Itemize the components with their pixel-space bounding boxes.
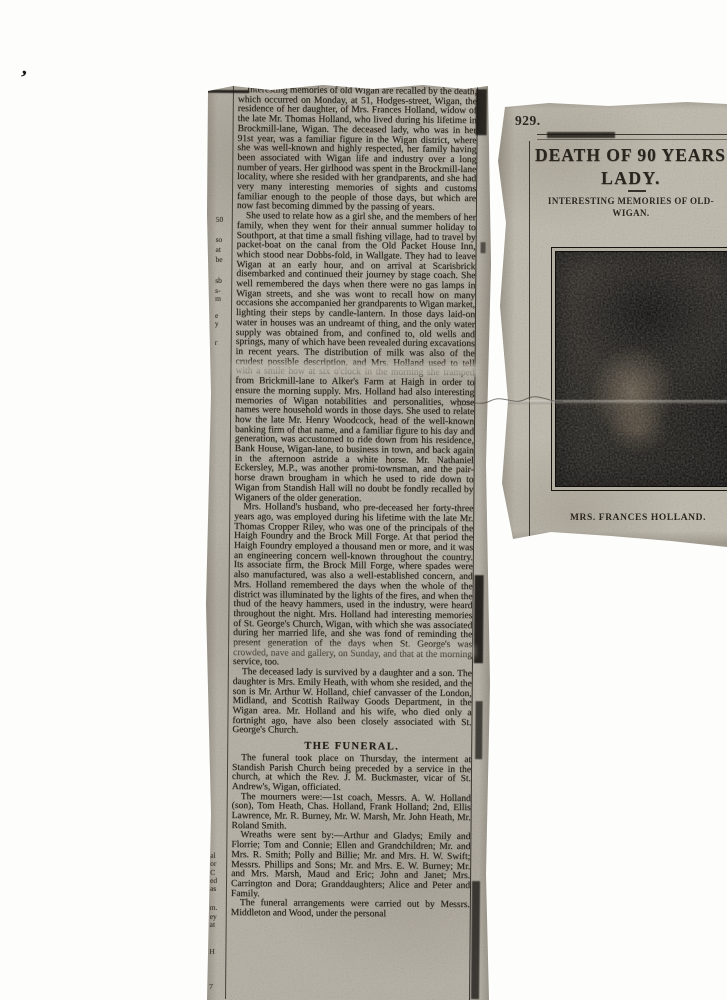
column-rule <box>529 141 530 539</box>
article-paragraph: The funeral arrangements were carried ou… <box>231 899 470 920</box>
photo-caption: MRS. FRANCES HOLLAND. <box>547 513 727 523</box>
article-column: Interesting memories of old Wigan are re… <box>231 86 477 921</box>
edge-fragment: at <box>210 921 226 929</box>
rule-ink-smudge <box>547 132 615 138</box>
subheading-line2: WIGAN. <box>533 208 727 218</box>
subheading-line1: INTERESTING MEMORIES OF OLD- <box>533 196 727 206</box>
date-fragment: 929. <box>515 113 541 129</box>
article-paragraph: Interesting memories of old Wigan are re… <box>237 86 477 214</box>
right-edge-ink-bar <box>474 575 484 663</box>
edge-fragment: H <box>209 948 225 956</box>
halftone-texture <box>556 252 727 486</box>
edge-fragment: or <box>210 860 226 868</box>
main-newspaper-strip: 50 so at be sb s- m e y r al or C ed as … <box>205 84 491 1000</box>
edge-fragment: sb <box>215 277 231 285</box>
stray-ink-mark: , <box>20 55 31 81</box>
crease-squiggle <box>450 389 565 413</box>
edge-fragment: m. <box>210 904 226 912</box>
edge-fragment: be <box>215 256 231 264</box>
article-paragraph: The funeral took place on Thursday, the … <box>232 754 471 795</box>
right-edge-ink-dash <box>481 242 486 253</box>
edge-fragment: 7 <box>209 983 225 991</box>
portrait-photo <box>555 251 727 487</box>
main-strip-content: 50 so at be sb s- m e y r al or C ed as … <box>197 83 491 1000</box>
edge-fragment: as <box>210 885 226 893</box>
headline-divider <box>628 190 646 192</box>
edge-fragment: at <box>216 246 232 254</box>
headline-clipping: 929. DEATH OF 90 YEARS O LADY. INTERESTI… <box>489 101 727 547</box>
portrait-photo-frame <box>551 247 727 491</box>
headline-line2: LADY. <box>535 168 727 189</box>
edge-fragment: so <box>216 236 232 244</box>
funeral-section-heading: THE FUNERAL. <box>232 741 471 753</box>
article-paragraph: The deceased lady is survived by a daugh… <box>232 668 472 738</box>
edge-fragment: r <box>215 339 231 347</box>
edge-fragment: m <box>215 295 231 303</box>
article-paragraph: Wreaths were sent by:—Arthur and Gladys;… <box>231 831 471 901</box>
article-paragraph: She used to relate how as a girl she, an… <box>234 212 476 505</box>
right-edge-ink-bar <box>475 701 483 759</box>
edge-fragment: y <box>215 320 231 328</box>
headline-line1: DEATH OF 90 YEARS O <box>535 145 727 166</box>
article-paragraph: Mrs. Holland's husband, who pre-deceased… <box>233 503 473 670</box>
article-paragraph: The mourners were:—1st coach, Messrs. A.… <box>231 793 470 834</box>
edge-fragment: 50 <box>216 216 232 224</box>
right-edge-ink-bar <box>471 881 480 999</box>
